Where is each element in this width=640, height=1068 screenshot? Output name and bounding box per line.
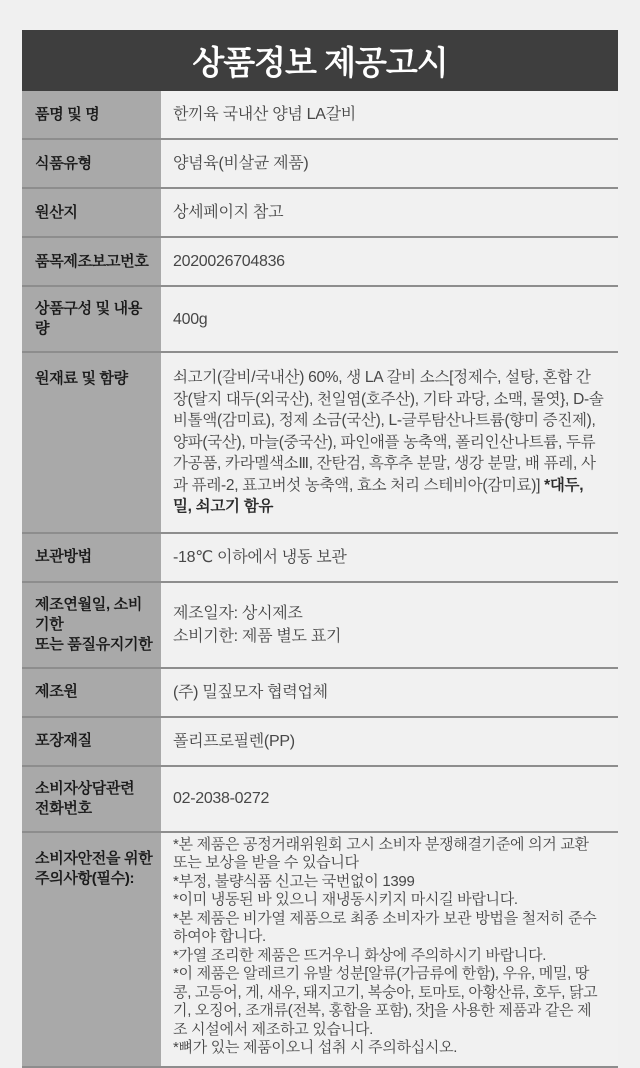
row-manufacture-date: 제조연월일, 소비기한 또는 품질유지기한 제조일자: 상시제조 소비기한: 제… bbox=[22, 583, 618, 669]
label-text: 품명 및 명 bbox=[35, 105, 153, 125]
label-text: 제조원 bbox=[35, 682, 153, 702]
row-value: 폴리프로필렌(PP) bbox=[161, 718, 618, 765]
row-value: 양념육(비살균 제품) bbox=[161, 140, 618, 187]
row-safety-precautions: 소비자안전을 위한 주의사항(필수): *본 제품은 공정거래위원회 고시 소비… bbox=[22, 833, 618, 1068]
row-value: 400g bbox=[161, 287, 618, 351]
notice-item-3: *이미 냉동된 바 있으니 재냉동시키지 마시길 바랍니다. bbox=[173, 891, 604, 910]
value-text: 400g bbox=[173, 308, 604, 331]
notice-item-1: *본 제품은 공정거래위원회 고시 소비자 분쟁해결기준에 의거 교환 또는 보… bbox=[173, 836, 604, 873]
row-ingredients: 원재료 및 함량 쇠고기(갈비/국내산) 60%, 생 LA 갈비 소스[정제수… bbox=[22, 353, 618, 534]
row-label: 식품유형 bbox=[22, 140, 161, 187]
label-line-1: 제조연월일, 소비기한 bbox=[35, 595, 153, 635]
value-text: 2020026704836 bbox=[173, 250, 604, 273]
row-origin: 원산지 상세페이지 참고 bbox=[22, 189, 618, 238]
notice-item-4: *본 제품은 비가열 제품으로 최종 소비자가 보관 방법을 철저히 준수하여야… bbox=[173, 910, 604, 947]
row-label: 원산지 bbox=[22, 189, 161, 236]
label-line-1: 소비자안전을 위한 bbox=[35, 849, 153, 869]
notice-item-7: *뼈가 있는 제품이오니 섭취 시 주의하십시오. bbox=[173, 1039, 604, 1058]
label-line-2: 전화번호 bbox=[35, 799, 153, 819]
value-line-2: 소비기한: 제품 별도 표기 bbox=[173, 625, 604, 648]
ingredients-main: 쇠고기(갈비/국내산) 60%, 생 LA 갈비 소스[정제수, 설탕, 혼합 … bbox=[173, 369, 604, 494]
row-value: 한끼육 국내산 양념 LA갈비 bbox=[161, 91, 618, 138]
value-text: 상세페이지 참고 bbox=[173, 201, 604, 224]
row-label: 상품구성 및 내용량 bbox=[22, 287, 161, 351]
label-text: 보관방법 bbox=[35, 547, 153, 567]
row-product-name: 품명 및 명 한끼육 국내산 양념 LA갈비 bbox=[22, 91, 618, 140]
value-text: -18℃ 이하에서 냉동 보관 bbox=[173, 546, 604, 569]
value-text: 한끼육 국내산 양념 LA갈비 bbox=[173, 103, 604, 126]
label-text: 원산지 bbox=[35, 203, 153, 223]
row-label: 포장재질 bbox=[22, 718, 161, 765]
row-report-number: 품목제조보고번호 2020026704836 bbox=[22, 238, 618, 287]
label-text: 식품유형 bbox=[35, 154, 153, 174]
row-label: 소비자안전을 위한 주의사항(필수): bbox=[22, 833, 161, 1066]
product-info-page: 상품정보 제공고시 품명 및 명 한끼육 국내산 양념 LA갈비 식품유형 양념… bbox=[0, 0, 640, 1024]
row-value: 02-2038-0272 bbox=[161, 767, 618, 831]
row-label: 제조원 bbox=[22, 669, 161, 716]
value-text: 폴리프로필렌(PP) bbox=[173, 730, 604, 753]
notice-item-2: *부정, 불량식품 신고는 국번없이 1399 bbox=[173, 873, 604, 892]
value-line-1: 제조일자: 상시제조 bbox=[173, 602, 604, 625]
row-value: 제조일자: 상시제조 소비기한: 제품 별도 표기 bbox=[161, 583, 618, 667]
notice-item-5: *가열 조리한 제품은 뜨거우니 화상에 주의하시기 바랍니다. bbox=[173, 947, 604, 966]
notice-item-6: *이 제품은 알레르기 유발 성분[알류(가금류에 한함), 우유, 메밀, 땅… bbox=[173, 965, 604, 1039]
phone-number: 02-2038-0272 bbox=[173, 787, 604, 810]
row-value: (주) 밀짚모자 협력업체 bbox=[161, 669, 618, 716]
label-text: 포장재질 bbox=[35, 731, 153, 751]
product-info-table: 상품정보 제공고시 품명 및 명 한끼육 국내산 양념 LA갈비 식품유형 양념… bbox=[22, 30, 618, 1068]
label-line-1: 소비자상담관련 bbox=[35, 779, 153, 799]
value-text: 양념육(비살균 제품) bbox=[173, 152, 604, 175]
row-value: -18℃ 이하에서 냉동 보관 bbox=[161, 534, 618, 581]
label-text: 원재료 및 함량 bbox=[35, 369, 153, 389]
row-label: 제조연월일, 소비기한 또는 품질유지기한 bbox=[22, 583, 161, 667]
value-text: (주) 밀짚모자 협력업체 bbox=[173, 681, 604, 704]
page-title: 상품정보 제공고시 bbox=[192, 37, 447, 84]
row-value: 상세페이지 참고 bbox=[161, 189, 618, 236]
row-manufacturer: 제조원 (주) 밀짚모자 협력업체 bbox=[22, 669, 618, 718]
row-food-type: 식품유형 양념육(비살균 제품) bbox=[22, 140, 618, 189]
row-packaging-material: 포장재질 폴리프로필렌(PP) bbox=[22, 718, 618, 767]
ingredients-text: 쇠고기(갈비/국내산) 60%, 생 LA 갈비 소스[정제수, 설탕, 혼합 … bbox=[173, 365, 604, 520]
row-label: 원재료 및 함량 bbox=[22, 353, 161, 532]
row-label: 보관방법 bbox=[22, 534, 161, 581]
row-label: 품명 및 명 bbox=[22, 91, 161, 138]
label-line-2: 주의사항(필수): bbox=[35, 869, 153, 889]
row-label: 소비자상담관련 전화번호 bbox=[22, 767, 161, 831]
row-value: 2020026704836 bbox=[161, 238, 618, 285]
row-value: 쇠고기(갈비/국내산) 60%, 생 LA 갈비 소스[정제수, 설탕, 혼합 … bbox=[161, 353, 618, 532]
row-contents-volume: 상품구성 및 내용량 400g bbox=[22, 287, 618, 353]
label-text: 품목제조보고번호 bbox=[35, 252, 153, 272]
row-label: 품목제조보고번호 bbox=[22, 238, 161, 285]
table-title-bar: 상품정보 제공고시 bbox=[22, 30, 618, 91]
label-text: 상품구성 및 내용량 bbox=[35, 299, 153, 339]
label-line-2: 또는 품질유지기한 bbox=[35, 635, 153, 655]
row-storage-method: 보관방법 -18℃ 이하에서 냉동 보관 bbox=[22, 534, 618, 583]
row-customer-service-phone: 소비자상담관련 전화번호 02-2038-0272 bbox=[22, 767, 618, 833]
row-value: *본 제품은 공정거래위원회 고시 소비자 분쟁해결기준에 의거 교환 또는 보… bbox=[161, 833, 618, 1066]
